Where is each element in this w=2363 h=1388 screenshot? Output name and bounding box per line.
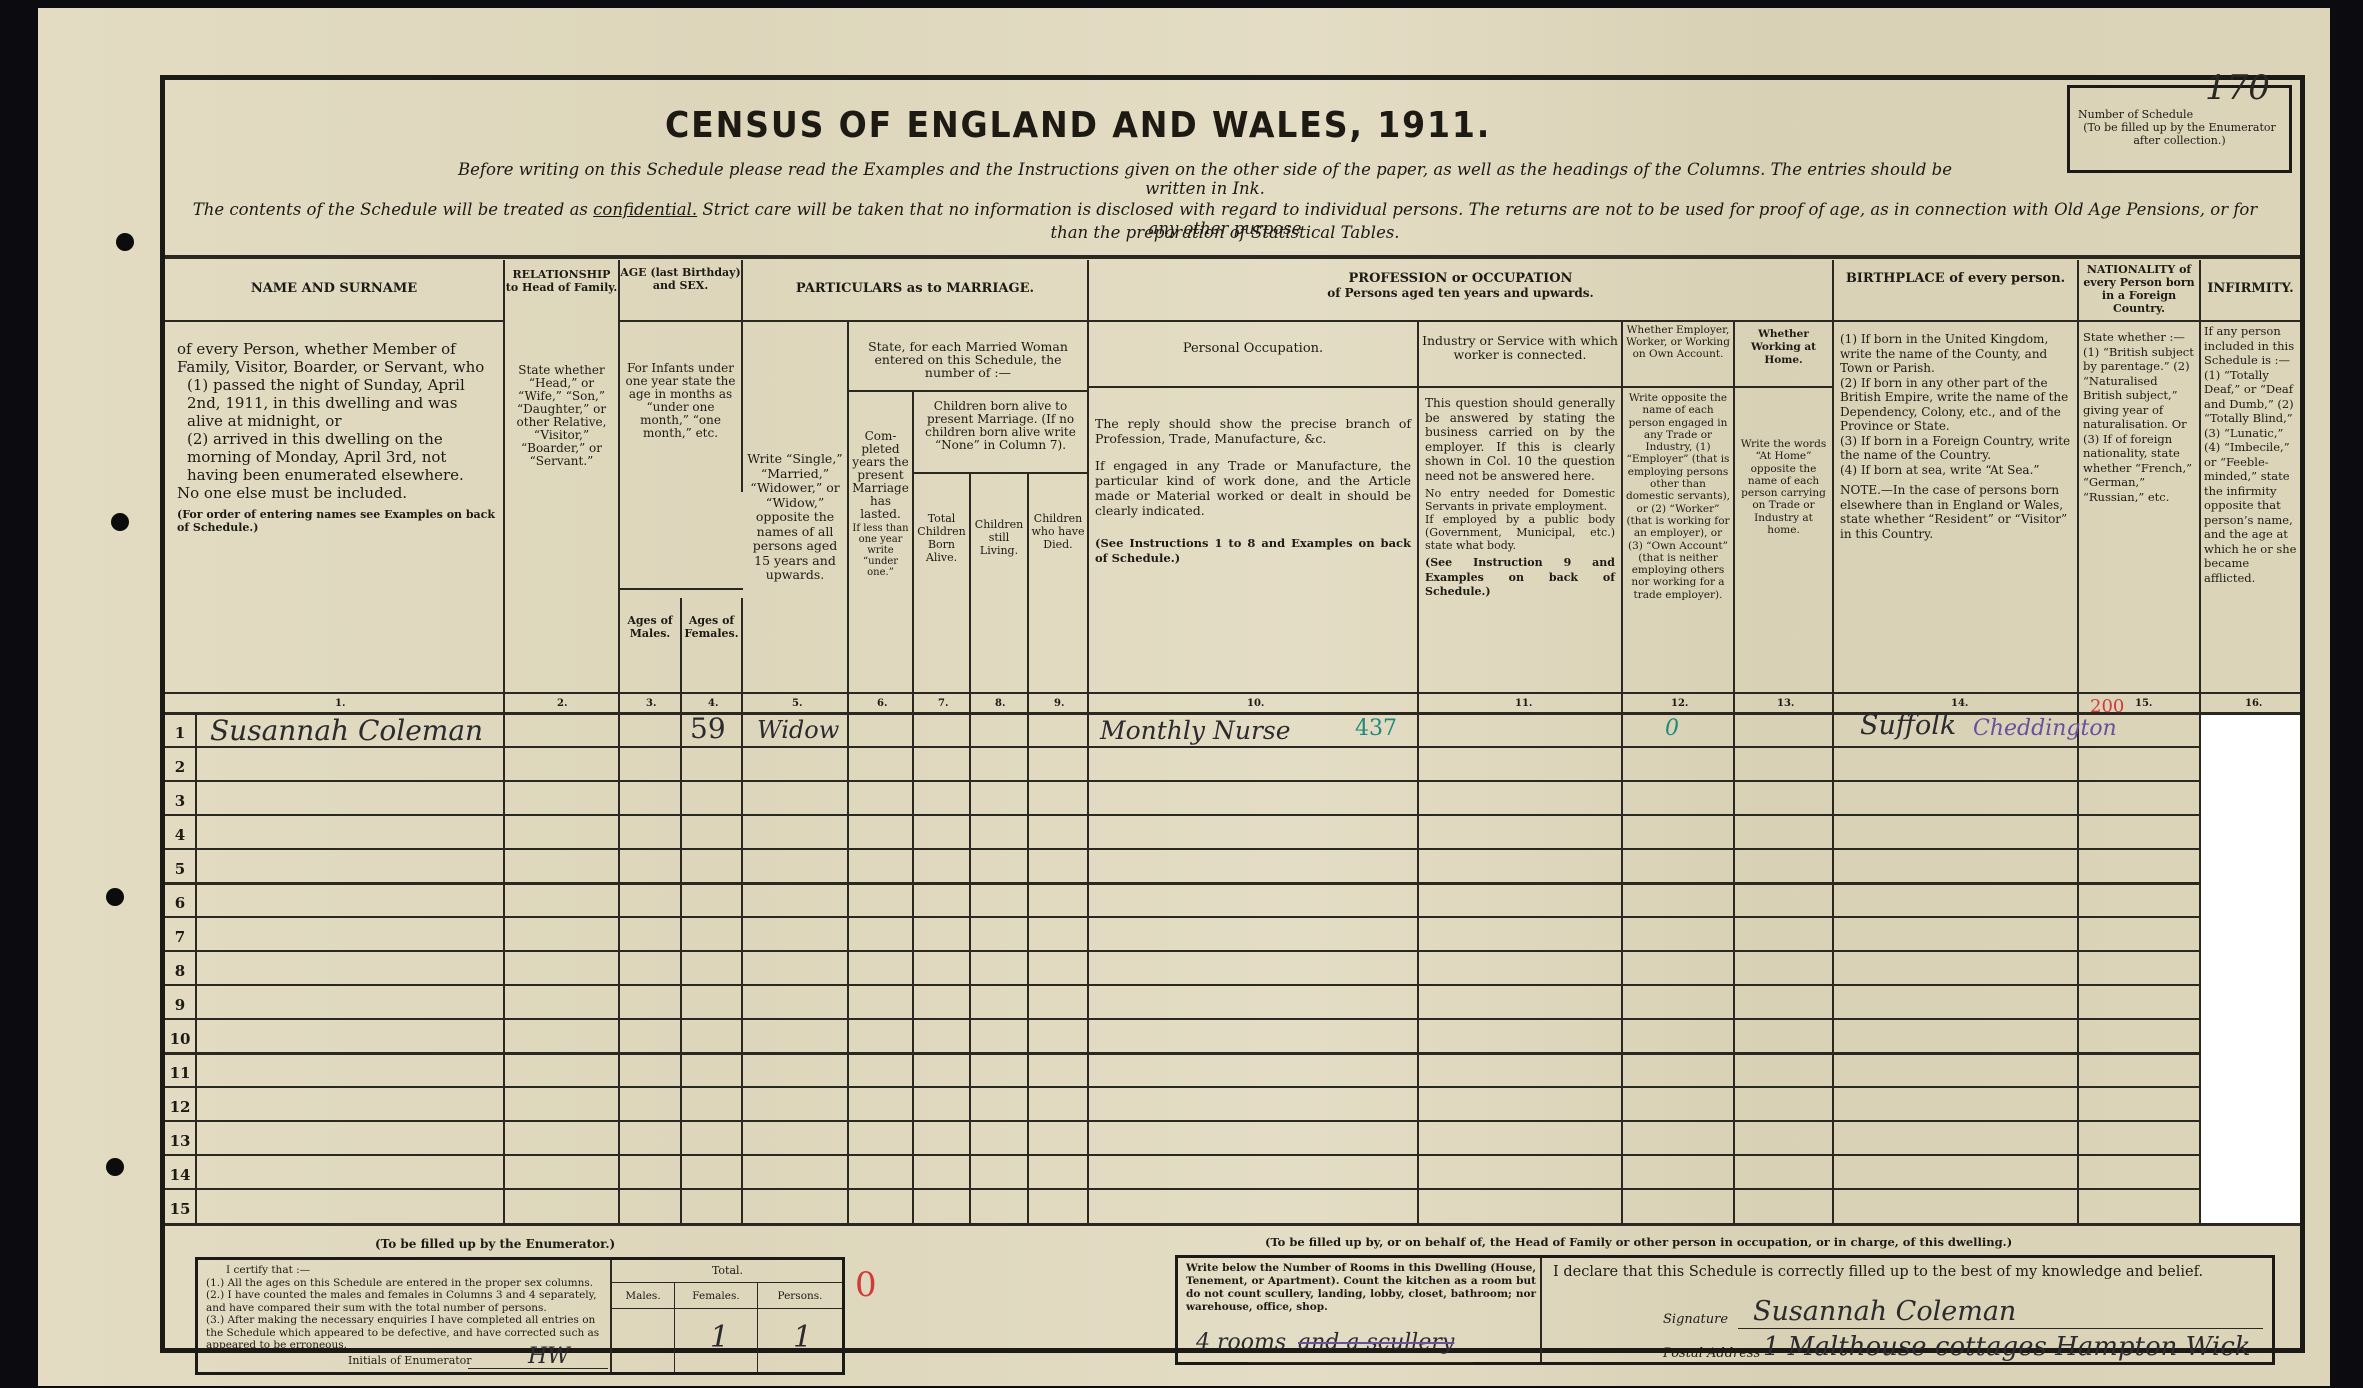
entry-birthplace-county[interactable]: Suffolk <box>1860 710 1956 741</box>
rule <box>1540 1258 1542 1362</box>
rule <box>1621 692 1623 1225</box>
declaration: I declare that this Schedule is correctl… <box>1553 1264 2203 1280</box>
rule <box>165 1120 2200 1122</box>
rule <box>165 984 2200 986</box>
entry-name[interactable]: Susannah Coleman <box>210 714 483 747</box>
col-personal-occupation-body: The reply should show the precise branch… <box>1089 388 1419 692</box>
confidential-line-2: than the preparation of Statistical Tabl… <box>180 223 2270 242</box>
instruction-line: Before writing on this Schedule please r… <box>455 160 1955 198</box>
rule <box>741 692 743 1225</box>
page-title: CENSUS OF ENGLAND AND WALES, 1911. <box>665 105 1491 146</box>
redaction-box <box>2201 715 2300 1223</box>
schedule-number-label: Number of Schedule <box>2078 108 2281 121</box>
rooms-instruction: Write below the Number of Rooms in this … <box>1186 1262 1536 1314</box>
rule <box>165 712 2300 715</box>
rule <box>165 848 2200 850</box>
col-marriage-years: Com- pleted years the present Marriage h… <box>849 392 914 692</box>
females-label: Females. <box>675 1290 757 1302</box>
signature-line <box>1738 1328 2263 1329</box>
col-married-woman: State, for each Married Woman entered on… <box>849 322 1089 392</box>
entry-employer-status[interactable]: 0 <box>1665 716 1679 741</box>
rule <box>618 692 620 1225</box>
females-total[interactable]: 1 <box>710 1320 729 1355</box>
rule <box>1027 692 1029 1225</box>
rule <box>1417 692 1419 1225</box>
col-age-females: Ages of Females. <box>682 598 743 692</box>
col-infirmity-body: If any person included in this Schedule … <box>2201 322 2300 692</box>
rooms-struck-text: and a scullery <box>1298 1330 1454 1355</box>
col-marriage-condition: Write “Single,” “Married,” “Widower,” or… <box>743 322 849 692</box>
col-relationship-heading: RELATIONSHIP to Head of Family. State wh… <box>505 260 620 692</box>
enumerator-caption: (To be filled up by the Enumerator.) <box>375 1237 615 1251</box>
rule <box>165 814 2200 816</box>
rule <box>165 692 2300 694</box>
col-industry-body: This question should generally be answer… <box>1419 388 1623 692</box>
rule <box>969 692 971 1225</box>
rooms-line <box>1248 1362 1473 1363</box>
persons-total[interactable]: 1 <box>793 1320 812 1355</box>
enumerator-box: I certify that :— (1.) All the ages on t… <box>195 1257 845 1375</box>
head-box: Write below the Number of Rooms in this … <box>1175 1255 2275 1365</box>
col-children-total: Total Children Born Alive. <box>914 474 971 692</box>
col-name-heading: NAME AND SURNAME <box>165 260 505 320</box>
punch-hole <box>111 513 129 531</box>
table-top-rule <box>165 255 2300 259</box>
entry-occupation[interactable]: Monthly Nurse <box>1100 716 1291 745</box>
col-children-heading: Children born alive to present Marriage.… <box>914 392 1089 472</box>
col-occupation-heading: PROFESSION or OCCUPATION of Persons aged… <box>1089 260 1834 320</box>
entry-birthplace-town[interactable]: Cheddington <box>1973 716 2117 741</box>
col-employer-body: Write opposite the name of each person e… <box>1623 388 1735 692</box>
punch-hole <box>106 1158 124 1176</box>
persons-label: Persons. <box>758 1290 842 1302</box>
rule <box>195 712 197 1225</box>
col-age-males: Ages of Males. <box>620 598 682 692</box>
col-age-heading: AGE (last Birthday) and SEX. <box>620 260 743 320</box>
census-schedule-paper: CENSUS OF ENGLAND AND WALES, 1911. Befor… <box>38 8 2330 1386</box>
col-children-living: Children still Living. <box>971 474 1029 692</box>
red-check-mark: 0 <box>855 1265 877 1305</box>
rule <box>165 1154 2200 1156</box>
entry-occupation-code: 437 <box>1355 716 1397 741</box>
schedule-number-box: Number of Schedule 170 (To be filled up … <box>2067 85 2292 173</box>
entry-female-age[interactable]: 59 <box>690 712 726 745</box>
col-home-body: Write the words “At Home” opposite the n… <box>1735 388 1834 692</box>
rule <box>1087 692 1089 1225</box>
col-home-heading: Whether Working at Home. <box>1735 322 1834 386</box>
col-birthplace-body: (1) If born in the United Kingdom, write… <box>1834 322 2079 692</box>
rule <box>1733 692 1735 1225</box>
rule <box>165 882 2200 885</box>
rule <box>503 692 505 1225</box>
enumerator-certify: I certify that :— (1.) All the ages on t… <box>206 1264 606 1352</box>
col-industry-heading: Industry or Service with which worker is… <box>1419 322 1623 386</box>
col-infirmity-heading: INFIRMITY. <box>2201 260 2300 320</box>
col-employer-heading: Whether Employer, Worker, or Working on … <box>1623 322 1735 386</box>
head-caption: (To be filled up by, or on behalf of, th… <box>1265 1235 2012 1249</box>
initials-label: Initials of Enumerator <box>348 1354 472 1367</box>
schedule-number-value[interactable]: 170 <box>2205 82 2270 95</box>
rule <box>165 916 2200 918</box>
col-marriage-heading: PARTICULARS as to MARRIAGE. <box>743 260 1089 320</box>
address-value[interactable]: 1 Malthouse cottages Hampton Wick <box>1763 1332 2251 1362</box>
initials-value[interactable]: HW <box>528 1344 570 1369</box>
col-birthplace-heading: BIRTHPLACE of every person. <box>1834 260 2079 320</box>
males-label: Males. <box>612 1290 674 1302</box>
rule <box>612 1308 842 1309</box>
col-personal-occupation-heading: Personal Occupation. <box>1089 322 1419 386</box>
rule <box>165 950 2200 952</box>
address-label: Postal Address <box>1663 1346 1760 1361</box>
total-label: Total. <box>613 1264 842 1277</box>
punch-hole <box>116 233 134 251</box>
col-nationality-heading: NATIONALITY of every Person born in a Fo… <box>2079 260 2201 320</box>
col-children-died: Children who have Died. <box>1029 474 1089 692</box>
rule <box>612 1282 842 1283</box>
rule <box>165 1086 2200 1088</box>
rule <box>165 1018 2200 1020</box>
rule <box>1832 692 1834 1225</box>
rule <box>680 692 682 1225</box>
rule <box>2077 692 2079 1225</box>
rule <box>847 692 849 1225</box>
entry-nationality-code: 200 <box>2090 696 2124 717</box>
entry-condition[interactable]: Widow <box>757 716 839 744</box>
col-age-body: For Infants under one year state the age… <box>620 322 743 492</box>
signature-label: Signature <box>1663 1312 1728 1327</box>
rule <box>165 1052 2200 1055</box>
punch-hole <box>106 888 124 906</box>
rule <box>610 1260 612 1372</box>
confidential-word: confidential. <box>593 200 697 219</box>
rooms-value[interactable]: 4 rooms <box>1196 1330 1286 1355</box>
schedule-number-note: (To be filled up by the Enumerator after… <box>2078 121 2281 147</box>
rule <box>912 692 914 1225</box>
rule <box>620 588 743 590</box>
col-name-body: of every Person, whether Member of Famil… <box>165 322 505 692</box>
rule <box>165 1223 2300 1226</box>
signature-value[interactable]: Susannah Coleman <box>1753 1296 2016 1327</box>
col-nationality-body: State whether :— (1) “British subject by… <box>2079 322 2201 692</box>
schedule-frame: CENSUS OF ENGLAND AND WALES, 1911. Befor… <box>160 75 2305 1353</box>
rule <box>165 1188 2200 1190</box>
rule <box>165 780 2200 782</box>
col-relationship-body: State whether “Head,” or “Wife,” “Son,” … <box>505 364 618 468</box>
